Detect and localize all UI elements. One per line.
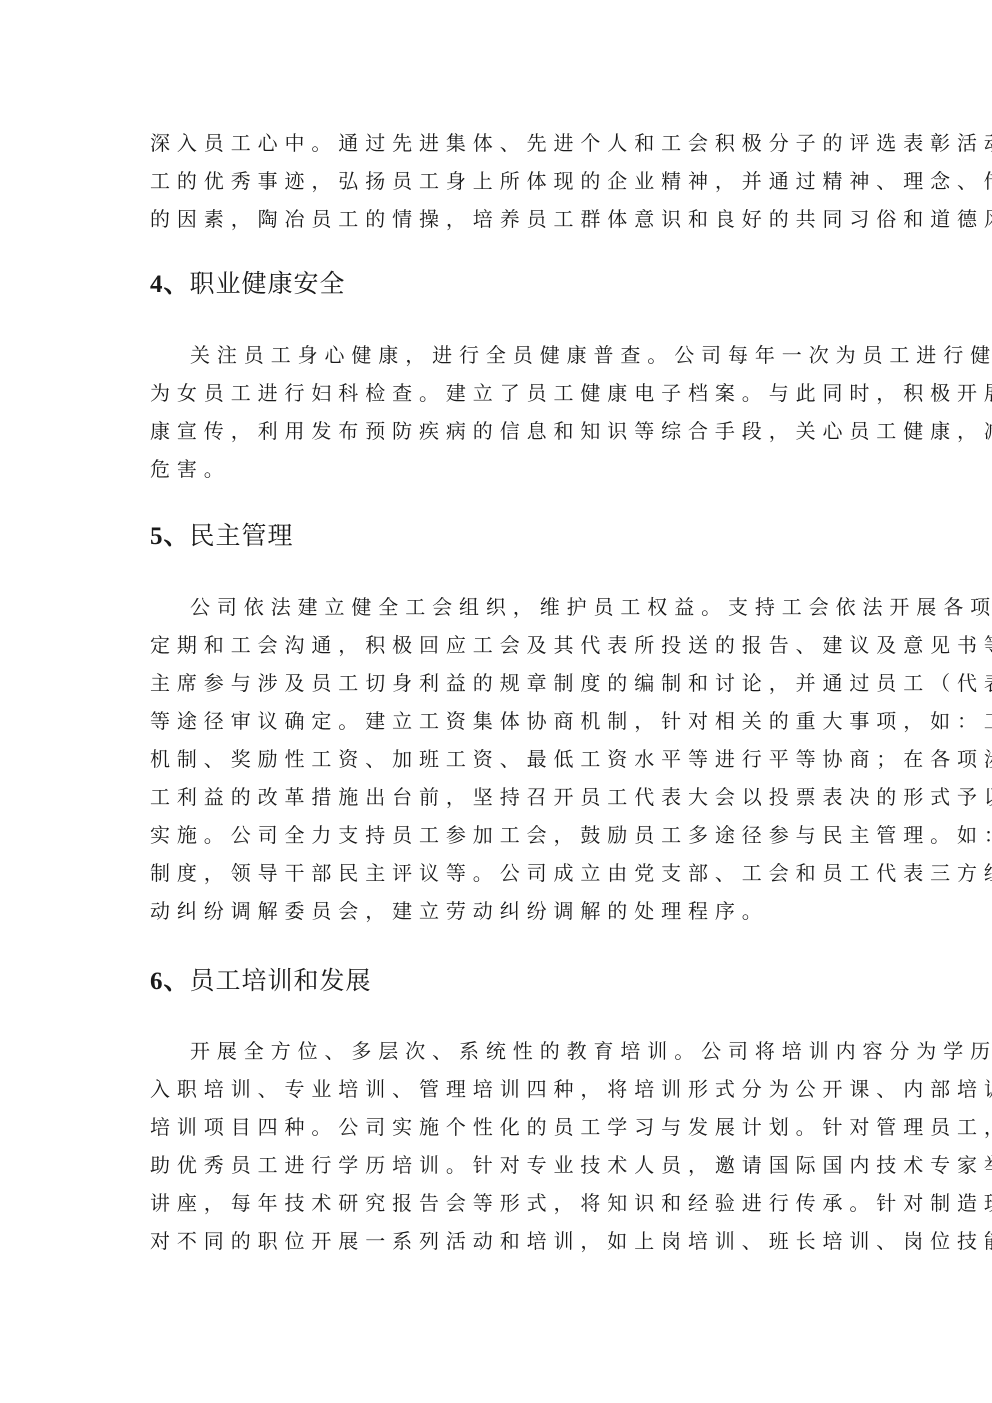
section-number: 6、	[150, 968, 190, 995]
paragraph-line: 动纠纷调解委员会，建立劳动纠纷调解的处理程序。	[150, 899, 769, 923]
paragraph-line: 实施。公司全力支持员工参加工会，鼓励员工多途径参与民主管理。如：职代会	[150, 823, 992, 847]
section-number: 5、	[150, 523, 190, 550]
paragraph-line: 培训项目四种。公司实施个性化的员工学习与发展计划。针对管理员工，每年资	[150, 1115, 992, 1139]
paragraph-line: 机制、奖励性工资、加班工资、最低工资水平等进行平等协商；在各项涉及到员	[150, 747, 992, 771]
paragraph-line: 对不同的职位开展一系列活动和培训，如上岗培训、班长培训、岗位技能培训、	[150, 1229, 992, 1253]
paragraph-line: 为女员工进行妇科检查。建立了员工健康电子档案。与此同时，积极开展职业健	[150, 381, 992, 405]
paragraph-line: 公司依法建立健全工会组织，维护员工权益。支持工会依法开展各项活动，	[190, 595, 992, 619]
paragraph-line: 工利益的改革措施出台前，坚持召开员工代表大会以投票表决的形式予以通过后	[150, 785, 992, 809]
paragraph-line: 开展全方位、多层次、系统性的教育培训。公司将培训内容分为学历培训、	[190, 1039, 992, 1063]
section-title: 民主管理	[190, 521, 294, 550]
section-title: 员工培训和发展	[190, 966, 372, 995]
paragraph-line: 工的优秀事迹，弘扬员工身上所体现的企业精神，并通过精神、理念、传统等无形	[150, 169, 992, 193]
section-number: 4、	[150, 271, 190, 298]
paragraph-line: 关注员工身心健康，进行全员健康普查。公司每年一次为员工进行健康普查，	[190, 343, 992, 367]
paragraph-line: 深入员工心中。通过先进集体、先进个人和工会积极分子的评选表彰活动，宣传员	[150, 131, 992, 155]
section-heading-6: 6、员工培训和发展	[150, 966, 372, 997]
section-heading-5: 5、民主管理	[150, 521, 294, 552]
paragraph-line: 助优秀员工进行学历培训。针对专业技术人员，邀请国际国内技术专家举办专题	[150, 1153, 992, 1177]
paragraph-line: 危害。	[150, 457, 231, 481]
paragraph-line: 等途径审议确定。建立工资集体协商机制，针对相关的重大事项，如：工资调整	[150, 709, 992, 733]
paragraph-line: 入职培训、专业培训、管理培训四种，将培训形式分为公开课、内部培训、内训、	[150, 1077, 992, 1101]
paragraph-line: 讲座，每年技术研究报告会等形式，将知识和经验进行传承。针对制造现场人员，	[150, 1191, 992, 1215]
paragraph-line: 主席参与涉及员工切身利益的规章制度的编制和讨论，并通过员工（代表）大会	[150, 671, 992, 695]
section-heading-4: 4、职业健康安全	[150, 269, 346, 300]
section-title: 职业健康安全	[190, 269, 346, 298]
paragraph-line: 定期和工会沟通，积极回应工会及其代表所投送的报告、建议及意见书等。工会	[150, 633, 992, 657]
paragraph-line: 的因素，陶冶员工的情操，培养员工群体意识和良好的共同习俗和道德风尚。	[150, 207, 992, 231]
paragraph-line: 康宣传，利用发布预防疾病的信息和知识等综合手段，关心员工健康，减少疾病	[150, 419, 992, 443]
paragraph-line: 制度，领导干部民主评议等。公司成立由党支部、工会和员工代表三方组成的劳	[150, 861, 992, 885]
